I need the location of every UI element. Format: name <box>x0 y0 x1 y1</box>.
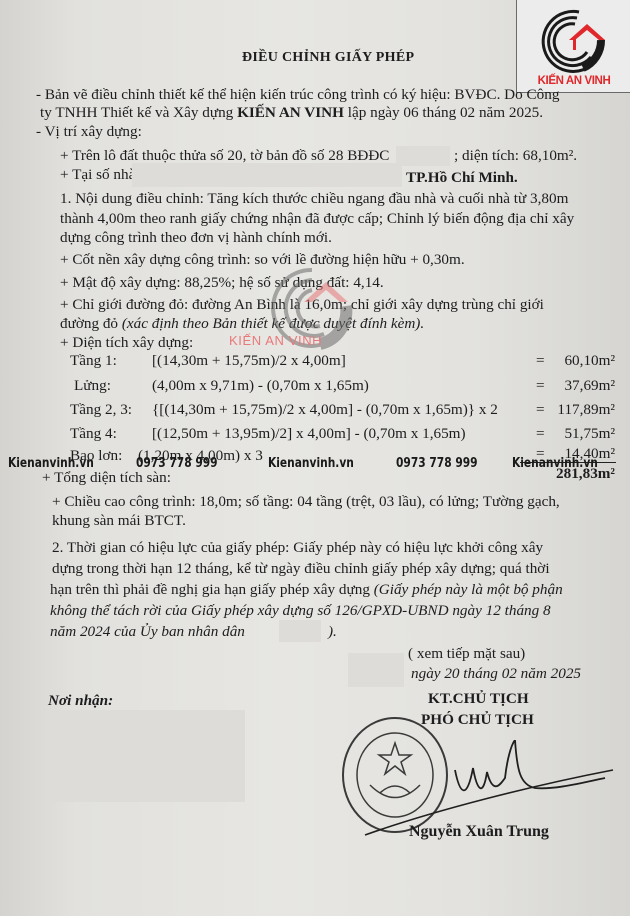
total-floor-area-value: 281,83m² <box>556 465 615 483</box>
redacted-block <box>348 653 404 687</box>
area-row-eq: = <box>536 352 545 370</box>
redacted-address <box>132 163 402 187</box>
watermark-site: Kienanvinh.vn <box>268 456 354 471</box>
building-height-line-2: khung sàn mái BTCT. <box>52 512 186 530</box>
redacted-recipients <box>48 710 245 802</box>
area-row-formula: {[(14,30m + 15,75m)/2 x 4,00m] - (0,70m … <box>152 401 498 419</box>
area-row-label: Tầng 2, 3: <box>70 401 132 419</box>
area-row-formula: (4,00m x 9,71m) - (0,70m x 1,65m) <box>152 377 369 395</box>
area-row-eq: = <box>536 377 545 395</box>
area-heading: + Diện tích xây dựng: <box>60 334 193 352</box>
document-title: ĐIỀU CHỈNH GIẤY PHÉP <box>242 50 414 66</box>
recipients-label: Nơi nhận: <box>48 692 113 710</box>
section2-line-3: hạn trên thì phải đề nghị gia hạn giấy p… <box>50 581 563 599</box>
section1-line-2: thành 4,00m theo ranh giấy chứng nhận đã… <box>60 210 574 228</box>
see-back-note: ( xem tiếp mặt sau) <box>408 645 525 663</box>
area-row-value: 37,69m² <box>564 377 615 395</box>
intro-line-1: - Bản vẽ điều chỉnh thiết kế thể hiện ki… <box>36 86 559 104</box>
section1-line-1: 1. Nội dung điều chỉnh: Tăng kích thước … <box>60 190 568 208</box>
kien-an-vinh-logo-icon <box>517 0 630 76</box>
redacted-block <box>396 146 450 166</box>
area-row-label: Tầng 4: <box>70 425 117 443</box>
section2-line-2: dựng trong thời hạn 12 tháng, kể từ ngày… <box>52 560 550 578</box>
location-heading: - Vị trí xây dựng: <box>36 123 142 141</box>
city-name: TP.Hồ Chí Minh. <box>406 169 518 187</box>
area-row-formula: [(12,50m + 13,95m)/2] x 4,00m] - (0,70m … <box>152 425 466 443</box>
signer-title-1: KT.CHỦ TỊCH <box>428 690 529 708</box>
section2-line-4: không thể tách rời của Giấy phép xây dựn… <box>50 602 551 620</box>
signer-name: Nguyễn Xuân Trung <box>409 823 549 841</box>
issue-date: ngày 20 tháng 02 năm 2025 <box>411 665 581 683</box>
plot-area: ; diện tích: 68,10m². <box>454 147 577 165</box>
area-row-formula: [(14,30m + 15,75m)/2 x 4,00m] <box>152 352 346 370</box>
area-row-eq: = <box>536 425 545 443</box>
section2-line-1: 2. Thời gian có hiệu lực của giấy phép: … <box>52 539 543 557</box>
redacted-block <box>279 620 321 642</box>
area-row-eq: = <box>536 401 545 419</box>
permit-document: KIẾN AN VINH ĐIỀU CHỈNH GIẤY PHÉP - Bản … <box>0 0 630 916</box>
section1-line-3: dựng công trình theo đơn vị hành chính m… <box>60 229 332 247</box>
area-row-label: Lửng: <box>74 377 111 395</box>
watermark-brand: KIẾN AN VINH <box>229 333 322 348</box>
area-row-value: 51,75m² <box>564 425 615 443</box>
area-row-label: Tầng 1: <box>70 352 117 370</box>
building-height-line-1: + Chiều cao công trình: 18,0m; số tầng: … <box>52 493 560 511</box>
section2-line-5: năm 2024 của Ủy ban nhân dân <box>50 623 245 641</box>
section2-line-5-tail: ). <box>328 623 337 641</box>
total-floor-area-label: + Tổng diện tích sàn: <box>42 469 171 487</box>
area-row-value: 117,89m² <box>557 401 615 419</box>
brand-logo: KIẾN AN VINH <box>516 0 630 93</box>
company-name: KIẾN AN VINH <box>237 104 344 121</box>
intro-line-2: ty TNHH Thiết kế và Xây dựng KIẾN AN VIN… <box>40 104 543 122</box>
area-row-value: 60,10m² <box>564 352 615 370</box>
address-label: + Tại số nhà: <box>60 166 140 184</box>
watermark-phone: 0973 778 999 <box>396 456 478 471</box>
